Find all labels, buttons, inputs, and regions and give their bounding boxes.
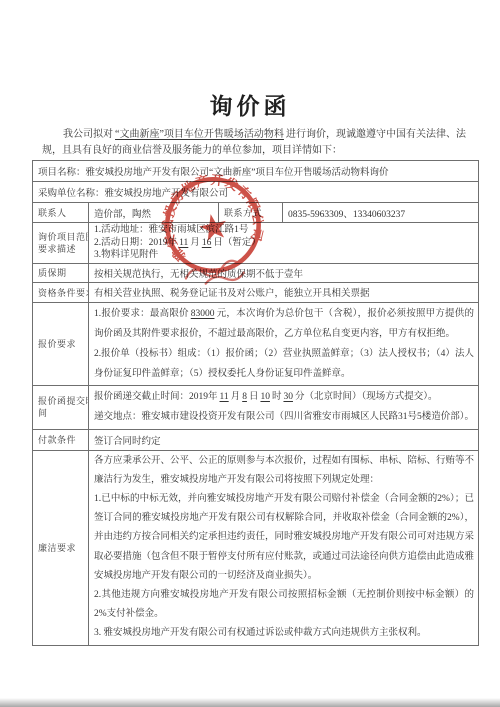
scope-date-month: 11: [177, 238, 190, 248]
table-row: 质保期 按相关规范执行，无相关规范的质保期不低于壹年: [33, 263, 479, 282]
purchaser-label: 采购单位名称：: [38, 189, 105, 199]
scope-line-address: 1.活动地址：雅安市雨城区滨江路1号: [94, 224, 474, 237]
table-row: 廉洁要求 各方应秉承公开、公平、公正的原则参与本次报价，过程如有围标、串标、陪标…: [33, 450, 479, 645]
scope-content-cell: 1.活动地址：雅安市雨城区滨江路1号 2.活动日期：2019年11月16日（暂定…: [89, 223, 479, 264]
deadline-pre: 报价函递交截止时间：2019年: [94, 392, 218, 402]
warranty-value: 按相关规范执行，无相关规范的质保期不低于壹年: [89, 263, 479, 282]
scope-date-day: 16: [200, 238, 214, 248]
scope-date-post: 日（暂定）: [213, 238, 261, 248]
scope-label: 询价项目范围、 要求描述: [33, 223, 89, 264]
table-row: 项目名称：雅安城投房地产开发有限公司“文曲新座”项目车位开售暖场活动物料询价: [33, 161, 479, 182]
integrity-paragraph-0: 各方应秉承公开、公平、公正的原则参与本次报价，过程如有围标、串标、陪标、行贿等不…: [94, 452, 474, 490]
integrity-paragraph-3: 3. 雅安城投房地产开发有限公司有权通过诉讼或仲裁方式向违规供方主张权利。: [94, 624, 474, 643]
scope-line-materials: 3.物料详见附件: [94, 249, 474, 262]
quotation-label: 报价要求: [33, 302, 89, 385]
intro-paragraph: 我公司拟对“文曲新座”项目车位开售暖场活动物料进行询价，现诚邀遵守中国有关法律、…: [42, 127, 466, 158]
deadline-sep1: 月: [231, 392, 241, 402]
intro-underlined-subject: “文曲新座”项目车位开售暖场活动物料: [113, 129, 286, 140]
table-row: 询价项目范围、 要求描述 1.活动地址：雅安市雨城区滨江路1号 2.活动日期：2…: [33, 223, 479, 264]
intro-text-pre: 我公司拟对: [63, 129, 113, 140]
deadline-line-1: 报价函递交截止时间：2019年11月8日10时30分（北京时间）（现场方式提交）…: [94, 387, 474, 408]
deadline-month: 11: [218, 392, 231, 402]
deadline-hour: 10: [258, 392, 272, 402]
deadline-day: 8: [240, 392, 249, 402]
contact-label: 联系人: [33, 203, 89, 223]
quotation-max-price: 83000: [189, 309, 217, 319]
scan-bottom-shadow: [0, 698, 500, 707]
deadline-label-line1: 报价函提交时: [38, 395, 84, 407]
purchaser-cell: 采购单位名称：雅安城投房地产开发有限公司: [33, 182, 479, 203]
integrity-paragraph-2: 2.其他违规方向雅安城投房地产开发有限公司按照招标金额（无控制价则按中标金额）的…: [94, 586, 474, 624]
document-title: 询价函: [0, 88, 500, 121]
warranty-label: 质保期: [33, 263, 89, 282]
project-name-cell: 项目名称：雅安城投房地产开发有限公司“文曲新座”项目车位开售暖场活动物料询价: [33, 161, 479, 182]
payment-label: 付款条件: [33, 429, 89, 450]
deadline-content-cell: 报价函递交截止时间：2019年11月8日10时30分（北京时间）（现场方式提交）…: [89, 385, 479, 429]
integrity-content-cell: 各方应秉承公开、公平、公正的原则参与本次报价，过程如有围标、串标、陪标、行贿等不…: [89, 450, 479, 645]
project-name-value: 雅安城投房地产开发有限公司“文曲新座”项目车位开售暖场活动物料询价: [86, 168, 389, 178]
purchaser-value: 雅安城投房地产开发有限公司: [105, 189, 229, 199]
table-row: 付款条件 签订合同时约定: [33, 429, 479, 450]
scope-line-date: 2.活动日期：2019年11月16日（暂定）: [94, 237, 474, 250]
payment-value: 签订合同时约定: [89, 429, 479, 450]
qualification-value: 有相关营业执照、税务登记证书及对公账户，能独立开具相关票据: [89, 282, 479, 302]
scope-label-line1: 询价项目范围、: [38, 231, 84, 243]
contact-method-label: 联系方式: [219, 203, 283, 223]
table-row: 报价要求 1.报价要求：最高限价83000元，本次询价为总价包干（含税），报价必…: [33, 302, 479, 385]
table-row: 采购单位名称：雅安城投房地产开发有限公司: [33, 182, 479, 203]
project-name-label: 项目名称：: [38, 168, 86, 178]
table-row: 资格条件要求： 有相关营业执照、税务登记证书及对公账户，能独立开具相关票据: [33, 282, 479, 302]
scope-date-mid: 月: [190, 238, 200, 248]
quotation-p1-pre: 1.报价要求：最高限价: [94, 309, 189, 319]
deadline-line-2: 递交地点：雅安城市建设投资开发有限公司（四川省雅安市雨城区人民路31号5楼造价部…: [94, 407, 474, 428]
scope-date-pre: 2.活动日期：2019年: [94, 238, 177, 248]
deadline-post: 分（北京时间）（现场方式提交）。: [295, 392, 438, 402]
quotation-paragraph-2: 2.报价单（投标书）组成：（1）报价函；（2）营业执照盖鲜章；（3）法人授权书；…: [94, 344, 474, 384]
table-row: 联系人 造价部，陶然 联系方式 0835-5963309、13340603237: [33, 203, 479, 223]
inquiry-details-table: 项目名称：雅安城投房地产开发有限公司“文曲新座”项目车位开售暖场活动物料询价 采…: [32, 160, 479, 646]
quotation-paragraph-1: 1.报价要求：最高限价83000元，本次询价为总价包干（含税），报价必须按照甲方…: [94, 304, 474, 344]
scanned-document-page: 询价函 我公司拟对“文曲新座”项目车位开售暖场活动物料进行询价，现诚邀遵守中国有…: [0, 0, 500, 707]
deadline-minute: 30: [281, 392, 295, 402]
contact-value: 造价部，陶然: [89, 203, 219, 223]
scope-label-line2: 要求描述: [38, 243, 84, 255]
table-row: 报价函提交时 间 报价函递交截止时间：2019年11月8日10时30分（北京时间…: [33, 385, 479, 429]
integrity-label: 廉洁要求: [33, 450, 89, 645]
deadline-label: 报价函提交时 间: [33, 385, 89, 429]
deadline-label-line2: 间: [38, 407, 84, 419]
contact-method-value: 0835-5963309、13340603237: [283, 203, 479, 223]
quotation-content-cell: 1.报价要求：最高限价83000元，本次询价为总价包干（含税），报价必须按照甲方…: [89, 302, 479, 385]
qualification-label: 资格条件要求：: [33, 282, 89, 302]
integrity-paragraph-1: 1.已中标的中标无效，并向雅安城投房地产开发有限公司赔付补偿金（合同金额的2%）…: [94, 490, 474, 586]
